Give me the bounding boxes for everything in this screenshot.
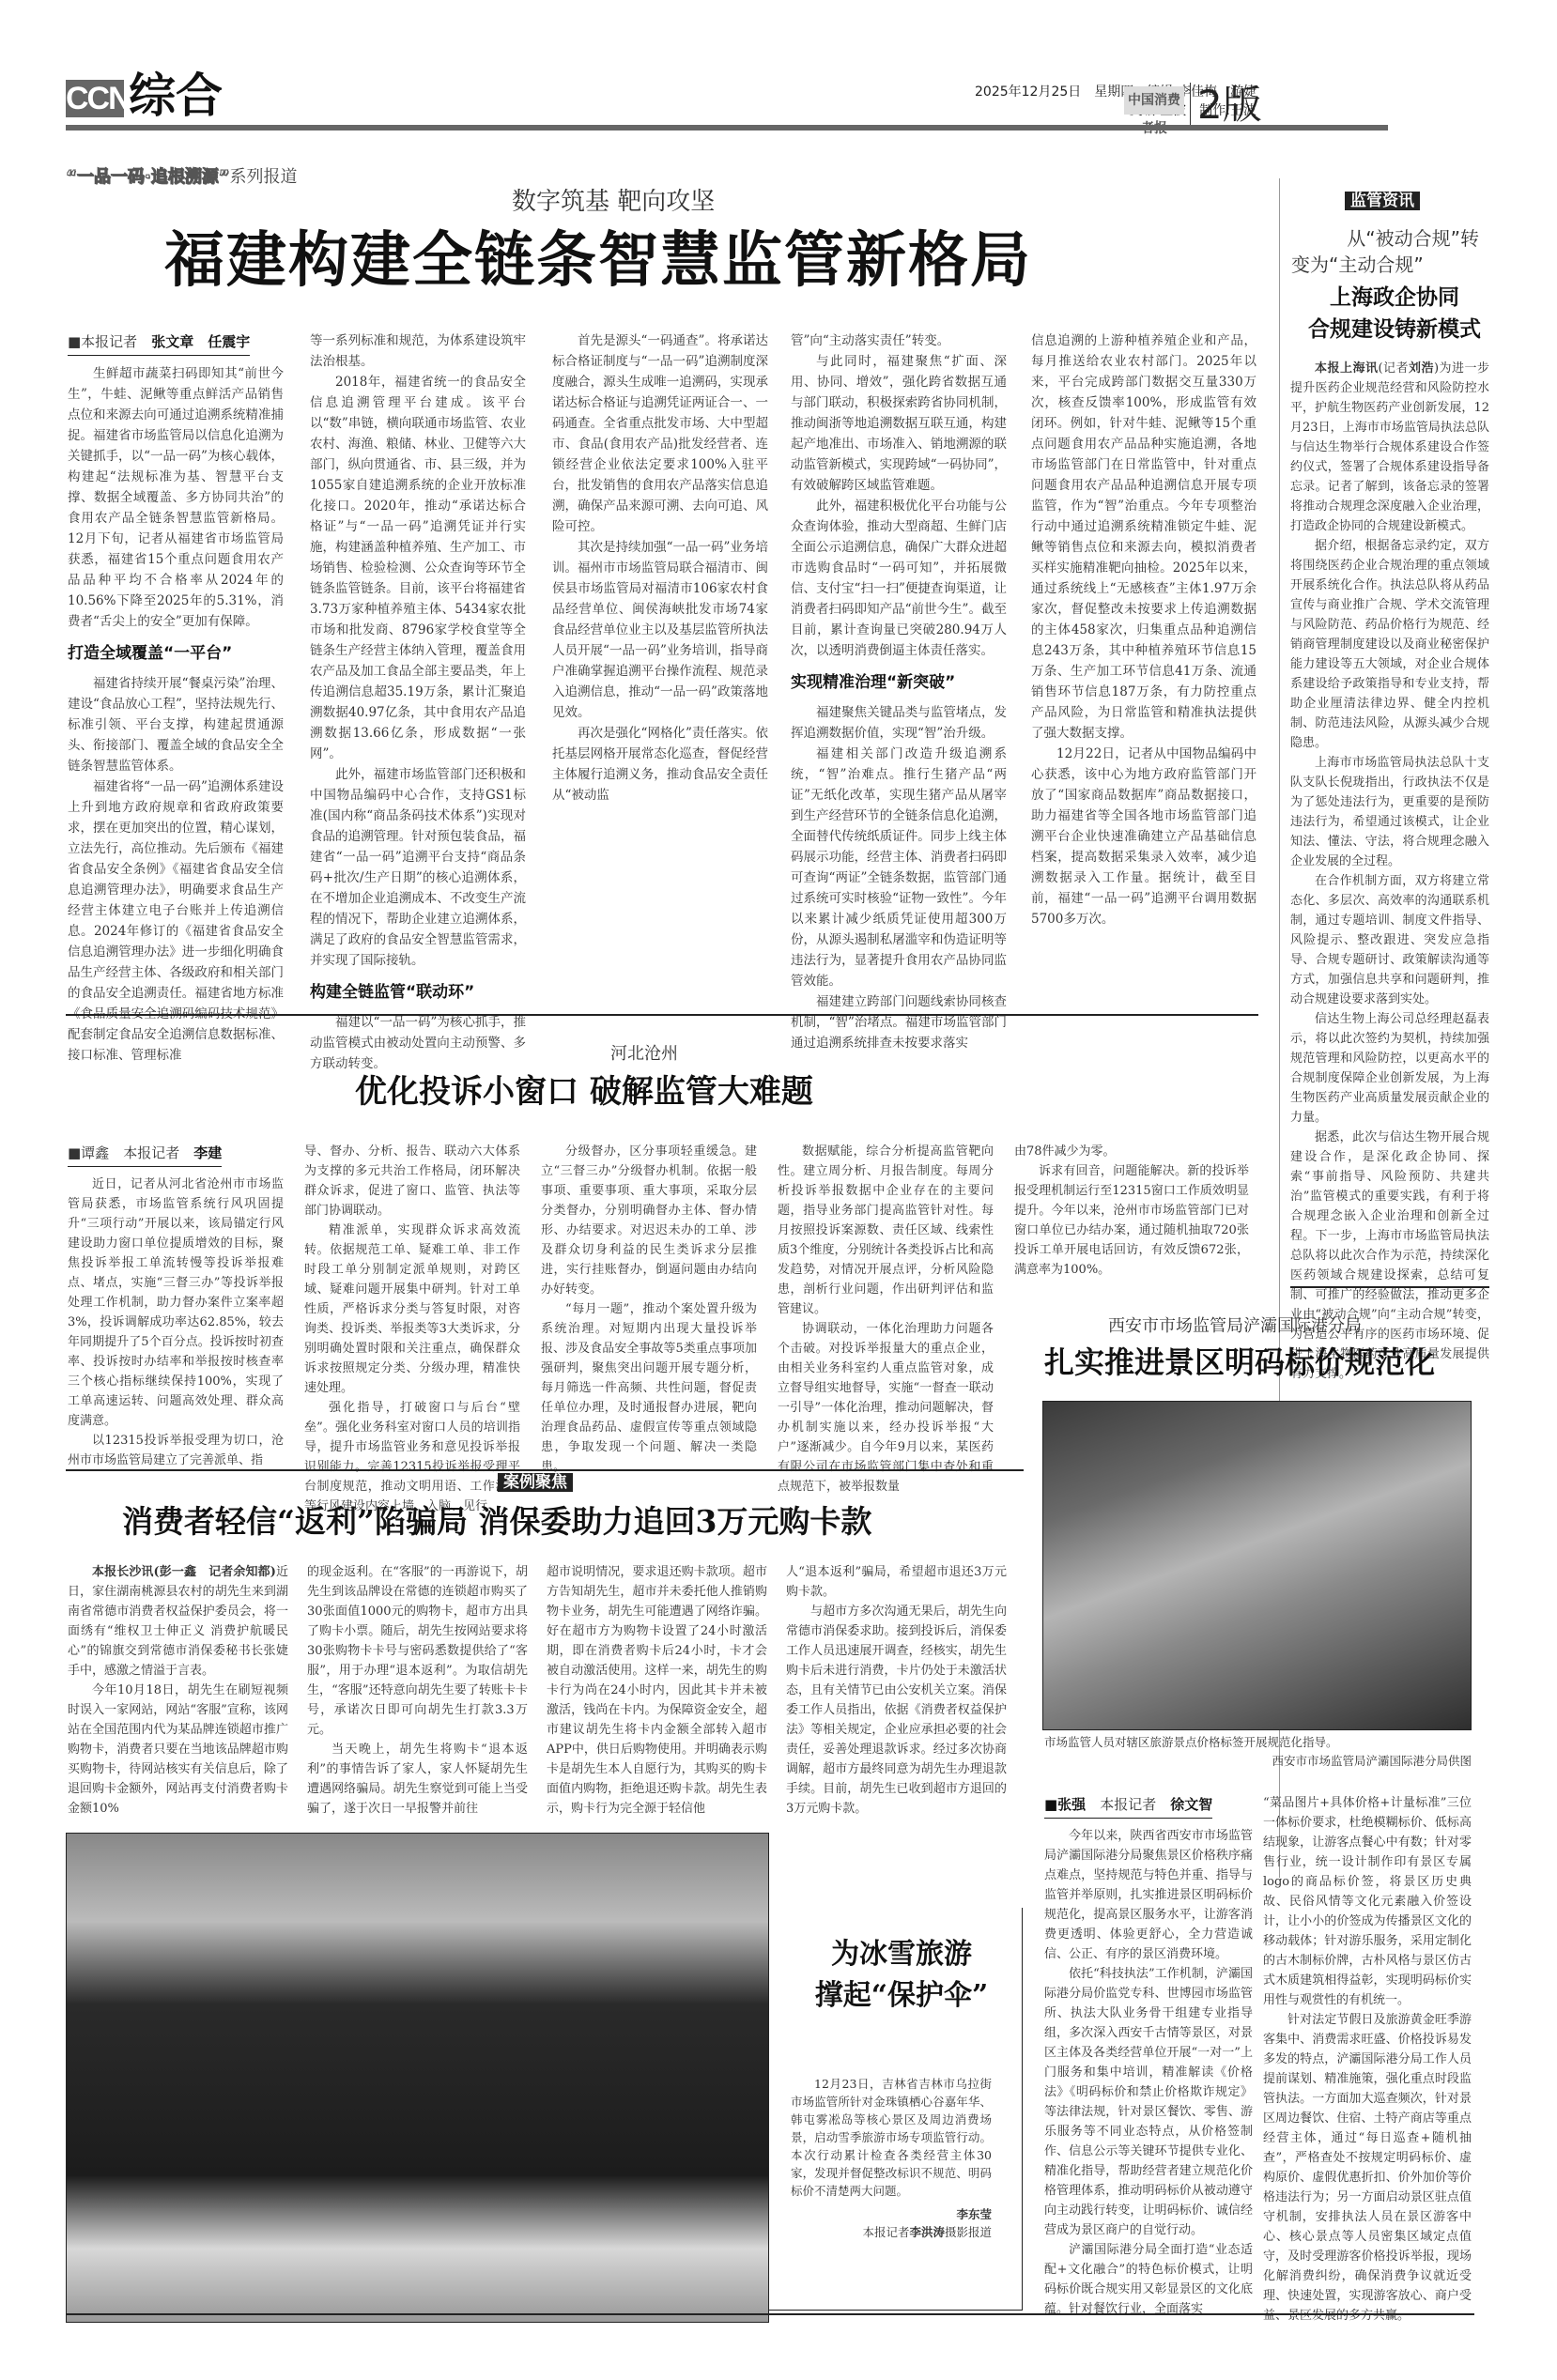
article1-col2: 等一系列标准和规范，为体系建设筑牢法治根基。 2018年，福建省统一的食品安全信…: [310, 330, 526, 1074]
paragraph: 近日，记者从河北省沧州市市场监管局获悉，市场监管系统行风巩固提升“三项行动”开展…: [68, 1175, 284, 1431]
paragraph: 与此同时，福建聚焦“扩面、深用、协同、增效”，强化跨省数据互通与部门联动，积极探…: [791, 351, 1007, 496]
lead-dateline: 本报上海讯: [1315, 361, 1378, 376]
sidebar-headline: 上海政企协同 合规建设铸新模式: [1296, 282, 1493, 345]
paragraph: 在合作机制方面，双方将建立常态化、多层次、高效率的沟通联系机制，通过专题培训、制…: [1290, 871, 1489, 1009]
series-tag-title: “一品一码·追根溯源”: [66, 167, 230, 187]
paragraph: 2018年，福建省统一的食品安全信息追溯管理平台建成。该平台以“数”串链，横向联…: [310, 372, 526, 764]
sidebar-label: 监管资讯: [1345, 189, 1420, 213]
paragraph: 数据赋能，综合分析提高监管靶向性。建立周分析、月报告制度。每周分析投诉举报数据中…: [778, 1142, 994, 1319]
paragraph: 由78件减少为零。: [1014, 1142, 1249, 1161]
scenic-area-photo: [1042, 1401, 1472, 1730]
byline-mid: 本报记者: [1100, 1796, 1156, 1813]
sidebar-kicker-line2: 变为“主动合规”: [1291, 252, 1479, 278]
paragraph: 当天晚上，胡先生将购卡“退本返利”的事情告诉了家人，家人怀疑胡先生遭遇网络骗局。…: [307, 1740, 528, 1819]
article1-col4: 管”向“主动落实责任”转变。 与此同时，福建聚焦“扩面、深用、协同、增效”，强化…: [791, 330, 1007, 1053]
article4-label: 案例聚焦: [498, 1470, 573, 1495]
article2-col1: ■谭鑫 本报记者 李建 近日，记者从河北省沧州市市场监管局获悉，市场监管系统行风…: [68, 1142, 284, 1470]
paragraph: 等一系列标准和规范，为体系建设筑牢法治根基。: [310, 330, 526, 372]
article1-headline: 福建构建全链条智慧监管新格局: [164, 223, 1032, 299]
paragraph: 信达生物上海公司总经理赵磊表示，将以此次签约为契机，持续加强规范管理和风险防控，…: [1290, 1009, 1489, 1128]
article4-col4: 人“退本返利”骗局，希望超市退还3万元购卡款。 与超市方多次沟通无果后，胡先生向…: [786, 1562, 1007, 1819]
byline-names: 张文章 任震宇: [151, 333, 250, 350]
paragraph: “菜品图片+具体价格+计量标准”三位一体标价要求，杜绝模糊标价、低标高结现象，让…: [1263, 1793, 1472, 2010]
article2-kicker: 河北沧州: [610, 1042, 678, 1067]
byline-prefix: ■本报记者: [68, 333, 137, 350]
lead-prefix: (记者: [1378, 361, 1409, 376]
paragraph: 精准派单，实现群众诉求高效流转。依据规范工单、疑难工单、非工作时段工单分别制定派…: [304, 1221, 520, 1398]
credit-name: 李洪涛: [909, 2225, 945, 2239]
paragraph-text: 近日，家住湖南桃源县农村的胡先生来到湖南省常德市消费者权益保护委员会，将一面绣有…: [68, 1565, 288, 1678]
paragraph-text: 为进一步提升医药企业规范经营和风险防控水平，护航生物医药产业创新发展，12月23…: [1290, 361, 1489, 533]
page-bottom-rule: [66, 2313, 1024, 2315]
byline-name: 李建: [193, 1144, 222, 1161]
series-tag: “一品一码·追根溯源”系列报道: [66, 165, 298, 190]
paragraph: 首先是源头“一码通查”。将承诺达标合格证制度与“一品一码”追溯制度深度融合，源头…: [552, 330, 768, 537]
article1-kicker: 数字筑基 靶向攻坚: [512, 186, 715, 218]
paragraph: 福建省持续开展“餐桌污染”治理、建设“食品放心工程”，坚持法规先行、标准引领、平…: [68, 673, 284, 776]
paper-logo: 中国消费者报: [1124, 86, 1184, 115]
article3-headline: 扎实推进景区明码标价规范化: [1044, 1341, 1435, 1384]
section-title: 综合: [129, 68, 223, 124]
article-divider: [1024, 2313, 1474, 2315]
article1-byline: ■本报记者 张文章 任震宇: [68, 330, 250, 356]
paragraph: 依托“科技执法”工作机制，浐灞国际港分局价监党专科、世博园市场监管所、执法大队业…: [1044, 1964, 1253, 2240]
paragraph: 此外，福建市场监管部门还积极和中国物品编码中心合作，支持GS1标准(国内称“商品…: [310, 764, 526, 971]
paragraph: 超市说明情况，要求退还购卡款项。超市方告知胡先生，超市并未委托他人推销购物卡业务…: [547, 1562, 767, 1819]
sidebar-headline-line2: 合规建设铸新模式: [1296, 314, 1493, 345]
article5-body: 12月23日，吉林省吉林市乌拉街市场监管所针对金珠镇栖心谷嘉年华、韩屯雾凇岛等核…: [791, 2075, 992, 2241]
article2-col3: 分级督办，区分事项轻重缓急。建立“三督三办”分级督办机制。依据一般事项、重要事项…: [541, 1142, 757, 1477]
paragraph: 管”向“主动落实责任”转变。: [791, 330, 1007, 351]
article3-col1: ■张强 本报记者 徐文智 今年以来，陕西省西安市市场监管局浐灞国际港分局聚焦景区…: [1044, 1793, 1253, 2319]
article3-kicker: 西安市市场监管局浐灞国际港分局: [1108, 1314, 1362, 1339]
paragraph: 其次是持续加强“一品一码”业务培训。福州市市场监管局联合福清市、闽侯县市场监管局…: [552, 537, 768, 723]
byline-name: 徐文智: [1170, 1796, 1212, 1813]
paragraph: 本报长沙讯(彭一鑫 记者余知都)近日，家住湖南桃源县农村的胡先生来到湖南省常德市…: [68, 1562, 288, 1681]
article2-col5: 由78件减少为零。 诉求有回音，问题能解决。新的投诉举报受理机制运行至12315…: [1014, 1142, 1249, 1280]
paragraph: 福建以“一品一码”为核心抓手，推动监管模式由被动处置向主动预警、多方联动转变。: [310, 1012, 526, 1074]
article1-col1: ■本报记者 张文章 任震宇 生鲜超市蔬菜扫码即知其“前世今生”，牛蛙、泥鳅等重点…: [68, 330, 284, 1066]
photo-caption: 市场监管人员对辖区旅游景点价格标签开展规范化指导。: [1044, 1733, 1472, 1752]
article5-author: 李东莹: [791, 2205, 992, 2223]
paragraph: 信息追溯的上游种植养殖企业和产品，每月推送给农业农村部门。2025年以来，平台完…: [1031, 330, 1256, 744]
paragraph: 此外，福建积极优化平台功能与公众查询体验，推动大型商超、生鲜门店全面公示追溯信息…: [791, 496, 1007, 661]
credit-prefix: 本报记者: [862, 2225, 909, 2239]
paragraph: 今年以来，陕西省西安市市场监管局浐灞国际港分局聚焦景区价格秩序痛点难点，坚持规范…: [1044, 1826, 1253, 1964]
ice-snow-inspection-photo: [66, 1833, 769, 2323]
sidebar-headline-line1: 上海政企协同: [1296, 282, 1493, 314]
photo-credit: 西安市市场监管局浐灞国际港分局供图: [1044, 1752, 1472, 1771]
paragraph: 分级督办，区分事项轻重缓急。建立“三督三办”分级督办机制。依据一般事项、重要事项…: [541, 1142, 757, 1299]
paragraph: 的现金返利。在“客服”的一再游说下，胡先生到该品牌设在常德的连锁超市购买了30张…: [307, 1562, 528, 1740]
paragraph: 福建相关部门改造升级追溯系统，“智”治难点。推行生猪产品“两证”无纸化改革，实现…: [791, 744, 1007, 991]
paragraph: 针对法定节假日及旅游黄金旺季游客集中、消费需求旺盛、价格投诉易发多发的特点，浐灞…: [1263, 2010, 1472, 2326]
article3-caption: 市场监管人员对辖区旅游景点价格标签开展规范化指导。 西安市市场监管局浐灞国际港分…: [1044, 1733, 1472, 1771]
article3-col2: “菜品图片+具体价格+计量标准”三位一体标价要求，杜绝模糊标价、低标高结现象，让…: [1263, 1793, 1472, 2326]
paragraph: 诉求有回音，问题能解决。新的投诉举报受理机制运行至12315窗口工作质效明显提升…: [1014, 1161, 1249, 1280]
credit-suffix: 摄影报道: [945, 2225, 992, 2239]
paragraph: 福建建立跨部门问题线索协同核查机制，“智”治堵点。福建市场监管部门通过追溯系统排…: [791, 991, 1007, 1053]
paragraph: 与超市方多次沟通无果后，胡先生向常德市消保委求助。接到投诉后，消保委工作人员迅速…: [786, 1602, 1007, 1819]
paragraph: 强化指导，打破窗口与后台“壁垒”。强化业务科室对窗口人员的培训指导，提升市场监管…: [304, 1398, 520, 1516]
article1-subhead-1: 打造全域覆盖“一平台”: [68, 641, 284, 666]
lead-reporter: 刘浩: [1409, 361, 1434, 376]
paragraph: “每月一题”，推动个案处置升级为系统治理。对短期内出现大量投诉举报、涉及食品安全…: [541, 1299, 757, 1477]
sidebar-kicker-line1: 从“被动合规”转: [1291, 225, 1479, 252]
article2-byline: ■谭鑫 本报记者 李建: [68, 1142, 222, 1167]
paragraph: 再次是强化“网格化”责任落实。依托基层网格开展常态化巡查，督促经营主体履行追溯义…: [552, 723, 768, 806]
byline-mid: 本报记者: [123, 1144, 179, 1161]
article1-subhead-2: 构建全链监管“联动环”: [310, 980, 526, 1005]
article4-headline: 消费者轻信“返利”陷骗局 消保委助力追回3万元购卡款: [122, 1500, 871, 1543]
article4-col3: 超市说明情况，要求退还购卡款项。超市方告知胡先生，超市并未委托他人推销购物卡业务…: [547, 1562, 767, 1819]
paragraph: 据介绍，根据备忘录约定，双方将围绕医药企业合规治理的重点领域开展系统化合作。执法…: [1290, 536, 1489, 753]
masthead-separator: [1190, 83, 1191, 127]
article3-byline: ■张强 本报记者 徐文智: [1044, 1793, 1212, 1819]
article5-headline: 为冰雪旅游 撑起“保护伞”: [789, 1934, 1014, 2017]
article4-col1: 本报长沙讯(彭一鑫 记者余知都)近日，家住湖南桃源县农村的胡先生来到湖南省常德市…: [68, 1562, 288, 1819]
paragraph: 生鲜超市蔬菜扫码即知其“前世今生”，牛蛙、泥鳅等重点鲜活产品销售点位和来源去向可…: [68, 363, 284, 632]
article4-col2: 的现金返利。在“客服”的一再游说下，胡先生到该品牌设在常德的连锁超市购买了30张…: [307, 1562, 528, 1819]
paragraph: 导、督办、分析、报告、联动六大体系为支撑的多元共治工作格局，闭环解决群众诉求，促…: [304, 1142, 520, 1221]
sidebar-kicker: 从“被动合规”转 变为“主动合规”: [1291, 225, 1479, 278]
page-number: 2版: [1197, 83, 1262, 128]
byline-prefix: ■张强: [1044, 1796, 1086, 1813]
paragraph: 12月23日，吉林省吉林市乌拉街市场监管所针对金珠镇栖心谷嘉年华、韩屯雾凇岛等核…: [791, 2075, 992, 2200]
paragraph: 本报上海讯(记者刘浩)为进一步提升医药企业规范经营和风险防控水平，护航生物医药产…: [1290, 359, 1489, 536]
article2-col4: 数据赋能，综合分析提高监管靶向性。建立周分析、月报告制度。每周分析投诉举报数据中…: [778, 1142, 994, 1497]
masthead-rule: [66, 125, 1388, 131]
sidebar-body: 本报上海讯(记者刘浩)为进一步提升医药企业规范经营和风险防控水平，护航生物医药产…: [1290, 359, 1489, 1384]
paragraph: 福建省将“一品一码”追溯体系建设上升到地方政府规章和省政府政策要求，摆在更加突出…: [68, 776, 284, 1066]
article5-headline-line1: 为冰雪旅游: [789, 1934, 1014, 1975]
byline-prefix: ■谭鑫: [68, 1144, 109, 1161]
lead-dateline: 本报长沙讯(彭一鑫 记者余知都): [92, 1565, 276, 1579]
paragraph: 福建聚焦关键品类与监管堵点，发挥追溯数据价值，实现“智”治升级。: [791, 702, 1007, 744]
sidebar-label-text: 监管资讯: [1345, 192, 1420, 210]
article1-col5: 信息追溯的上游种植养殖企业和产品，每月推送给农业农村部门。2025年以来，平台完…: [1031, 330, 1256, 929]
article-divider: [66, 1014, 1258, 1016]
article5-headline-line2: 撑起“保护伞”: [789, 1975, 1014, 2017]
ccn-logo: CCN: [66, 80, 124, 117]
paragraph: 浐灞国际港分局全面打造“业态适配+文化融合”的特色标价模式，让明码标价既合规实用…: [1044, 2240, 1253, 2319]
paragraph: 上海市市场监管局执法总队十支队支队长倪珑指出，行政执法不仅是为了惩处违法行为，更…: [1290, 753, 1489, 871]
article4-label-text: 案例聚焦: [498, 1473, 573, 1492]
paragraph: 人“退本返利”骗局，希望超市退还3万元购卡款。: [786, 1562, 1007, 1602]
article1-subhead-3: 实现精准治理“新突破”: [791, 670, 1007, 695]
article2-col2: 导、督办、分析、报告、联动六大体系为支撑的多元共治工作格局，闭环解决群众诉求，促…: [304, 1142, 520, 1516]
paragraph: 12月22日，记者从中国物品编码中心获悉，该中心为地方政府监管部门开放了“国家商…: [1031, 744, 1256, 929]
paragraph: 今年10月18日，胡先生在刷短视频时误入一家网站，网站“客服”宣称，该网站在全国…: [68, 1681, 288, 1819]
article5-credit: 本报记者李洪涛摄影报道: [791, 2223, 992, 2241]
series-tag-suffix: 系列报道: [230, 167, 298, 187]
article2-headline: 优化投诉小窗口 破解监管大难题: [355, 1070, 813, 1113]
article1-col3: 首先是源头“一码通查”。将承诺达标合格证制度与“一品一码”追溯制度深度融合，源头…: [552, 330, 768, 806]
paragraph: 以12315投诉举报受理为切口，沧州市市场监管局建立了完善派单、指: [68, 1431, 284, 1470]
sidebar-bottom-rule: [1290, 1286, 1489, 1288]
